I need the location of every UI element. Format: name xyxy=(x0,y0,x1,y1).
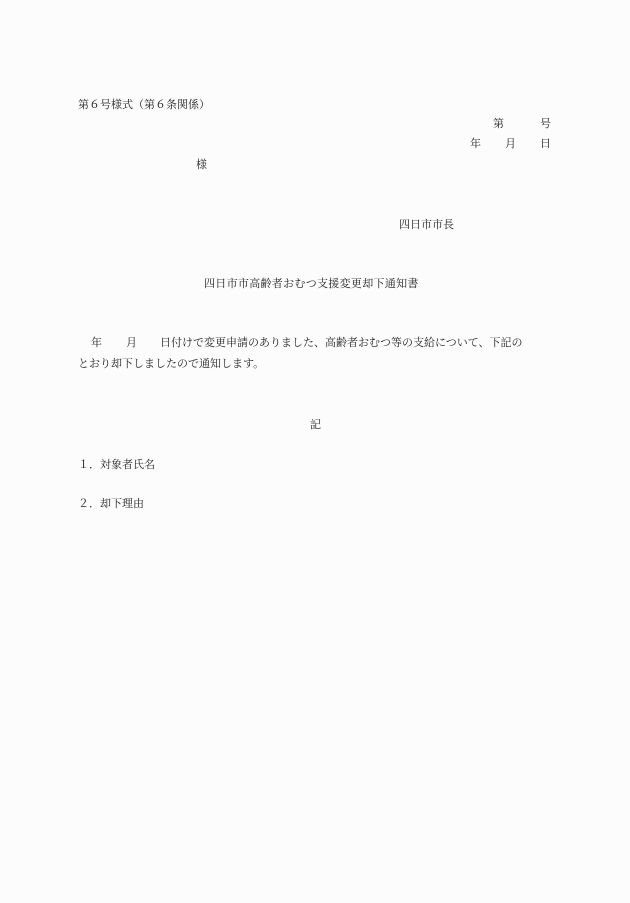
addressee-honorific: 様 xyxy=(196,159,207,170)
record-heading: 記 xyxy=(310,419,321,430)
issuer-name: 四日市市長 xyxy=(399,219,454,230)
body-month-label: 月 xyxy=(126,337,137,348)
item-rejection-reason: ２．却下理由 xyxy=(78,498,144,509)
document-number-suffix: 号 xyxy=(540,118,551,129)
body-year-label: 年 xyxy=(91,337,102,348)
date-day-label: 日 xyxy=(540,138,551,149)
item-target-person-name: １．対象者氏名 xyxy=(78,459,155,470)
date-year-label: 年 xyxy=(470,138,481,149)
date-month-label: 月 xyxy=(505,138,516,149)
body-paragraph-line-1: 年月日付けで変更申請のありました、高齢者おむつ等の支給について、下記の xyxy=(78,337,552,348)
body-text: 日付けで変更申請のありました、高齢者おむつ等の支給について、下記の xyxy=(160,337,523,348)
document-number-prefix: 第 xyxy=(493,118,504,129)
document-page: 第６号様式（第６条関係） 第 号 年 月 日 様 四日市市長 四日市市高齢者おむ… xyxy=(0,0,630,903)
body-paragraph-line-2: とおり却下しましたので通知します。 xyxy=(78,358,264,369)
form-number: 第６号様式（第６条関係） xyxy=(78,99,210,110)
document-title: 四日市市高齢者おむつ支援変更却下通知書 xyxy=(204,278,419,289)
